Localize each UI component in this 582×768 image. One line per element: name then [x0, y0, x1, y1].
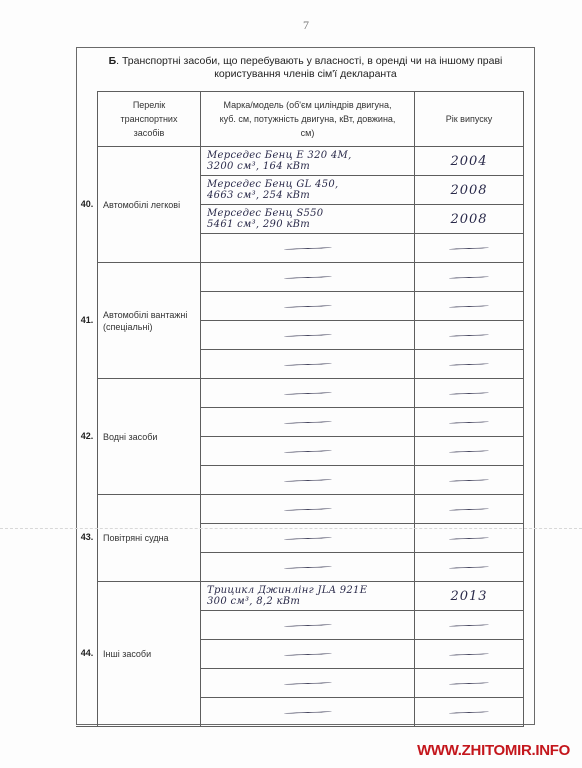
- model-cell: Трицикл Джинлінг JLA 921E300 см³, 8,2 кВ…: [201, 582, 415, 611]
- handwritten-model: Мерседес Бенц S550: [201, 208, 414, 219]
- model-cell: [201, 698, 415, 727]
- empty-dash: [283, 711, 331, 714]
- model-cell: [201, 437, 415, 466]
- empty-dash: [283, 276, 331, 279]
- handwritten-specs: 5461 см³, 290 кВт: [201, 219, 414, 230]
- year-cell: [415, 553, 524, 582]
- model-cell: Мерседес Бенц E 320 4M,3200 см³, 164 кВт: [201, 147, 415, 176]
- empty-dash: [283, 363, 331, 366]
- model-cell: [201, 321, 415, 350]
- section-title: Б. Транспортні засоби, що перебувають у …: [76, 55, 535, 81]
- handwritten-year: 2013: [415, 589, 523, 604]
- year-cell: 2013: [415, 582, 524, 611]
- handwritten-model: Мерседес Бенц GL 450,: [201, 179, 414, 190]
- empty-dash: [449, 276, 489, 278]
- model-cell: [201, 669, 415, 698]
- empty-dash: [449, 711, 489, 713]
- empty-dash: [283, 537, 331, 540]
- handwritten-specs: 4663 см³, 254 кВт: [201, 190, 414, 201]
- table-header-row: Перелік транспортних засобів Марка/модел…: [98, 92, 524, 147]
- empty-dash: [283, 450, 331, 453]
- model-cell: Мерседес Бенц S5505461 см³, 290 кВт: [201, 205, 415, 234]
- category-cell: Автомобілі вантажні (спеціальні): [98, 263, 201, 379]
- empty-dash: [283, 508, 331, 511]
- year-cell: [415, 640, 524, 669]
- year-cell: [415, 321, 524, 350]
- table-row: Автомобілі вантажні (спеціальні): [98, 263, 524, 292]
- model-cell: [201, 553, 415, 582]
- empty-dash: [449, 247, 489, 249]
- empty-dash: [449, 479, 489, 481]
- empty-dash: [449, 624, 489, 626]
- empty-dash: [449, 682, 489, 684]
- handwritten-model: Трицикл Джинлінг JLA 921E: [201, 585, 414, 596]
- section-letter: Б: [109, 55, 117, 67]
- empty-dash: [283, 566, 331, 569]
- empty-dash: [449, 537, 489, 539]
- empty-dash: [449, 334, 489, 336]
- year-cell: [415, 234, 524, 263]
- model-cell: [201, 495, 415, 524]
- category-cell: Водні засоби: [98, 379, 201, 495]
- empty-dash: [449, 450, 489, 452]
- empty-dash: [283, 305, 331, 308]
- year-cell: [415, 611, 524, 640]
- empty-dash: [449, 421, 489, 423]
- year-cell: 2008: [415, 205, 524, 234]
- table-row: Автомобілі легковіМерседес Бенц E 320 4M…: [98, 147, 524, 176]
- year-cell: [415, 466, 524, 495]
- year-cell: [415, 495, 524, 524]
- page-number: 7: [303, 18, 309, 33]
- year-cell: [415, 350, 524, 379]
- model-cell: [201, 466, 415, 495]
- model-cell: [201, 350, 415, 379]
- model-cell: Мерседес Бенц GL 450,4663 см³, 254 кВт: [201, 176, 415, 205]
- site-watermark: WWW.ZHITOMIR.INFO: [417, 742, 570, 759]
- empty-dash: [449, 392, 489, 394]
- section-title-text: . Транспортні засоби, що перебувають у в…: [116, 55, 502, 80]
- model-cell: [201, 263, 415, 292]
- empty-dash: [283, 653, 331, 656]
- empty-dash: [283, 247, 331, 250]
- empty-dash: [449, 508, 489, 510]
- model-cell: [201, 640, 415, 669]
- handwritten-model: Мерседес Бенц E 320 4M,: [201, 150, 414, 161]
- year-cell: 2004: [415, 147, 524, 176]
- year-cell: [415, 437, 524, 466]
- year-cell: [415, 669, 524, 698]
- table-body: Автомобілі легковіМерседес Бенц E 320 4M…: [98, 147, 524, 727]
- model-cell: [201, 234, 415, 263]
- handwritten-year: 2008: [415, 183, 523, 198]
- empty-dash: [283, 392, 331, 395]
- model-cell: [201, 379, 415, 408]
- model-cell: [201, 408, 415, 437]
- table-row: Водні засоби: [98, 379, 524, 408]
- year-cell: [415, 292, 524, 321]
- header-model: Марка/модель (об'єм циліндрів двигуна, к…: [201, 92, 415, 147]
- header-category: Перелік транспортних засобів: [98, 92, 201, 147]
- empty-dash: [449, 363, 489, 365]
- year-cell: [415, 698, 524, 727]
- category-cell: Повітряні судна: [98, 495, 201, 582]
- empty-dash: [449, 566, 489, 568]
- model-cell: [201, 611, 415, 640]
- year-cell: [415, 379, 524, 408]
- year-cell: [415, 263, 524, 292]
- empty-dash: [449, 653, 489, 655]
- empty-dash: [449, 305, 489, 307]
- handwritten-specs: 300 см³, 8,2 кВт: [201, 596, 414, 607]
- empty-dash: [283, 624, 331, 627]
- handwritten-specs: 3200 см³, 164 кВт: [201, 161, 414, 172]
- number-column: [76, 147, 97, 728]
- vehicles-table: Перелік транспортних засобів Марка/модел…: [97, 91, 524, 727]
- empty-dash: [283, 479, 331, 482]
- table-row: Інші засобиТрицикл Джинлінг JLA 921E300 …: [98, 582, 524, 611]
- category-cell: Автомобілі легкові: [98, 147, 201, 263]
- category-cell: Інші засоби: [98, 582, 201, 727]
- year-cell: [415, 408, 524, 437]
- handwritten-year: 2004: [415, 154, 523, 169]
- empty-dash: [283, 682, 331, 685]
- empty-dash: [283, 334, 331, 337]
- handwritten-year: 2008: [415, 212, 523, 227]
- year-cell: 2008: [415, 176, 524, 205]
- table-row: Повітряні судна: [98, 495, 524, 524]
- model-cell: [201, 292, 415, 321]
- header-year: Рік випуску: [415, 92, 524, 147]
- empty-dash: [283, 421, 331, 424]
